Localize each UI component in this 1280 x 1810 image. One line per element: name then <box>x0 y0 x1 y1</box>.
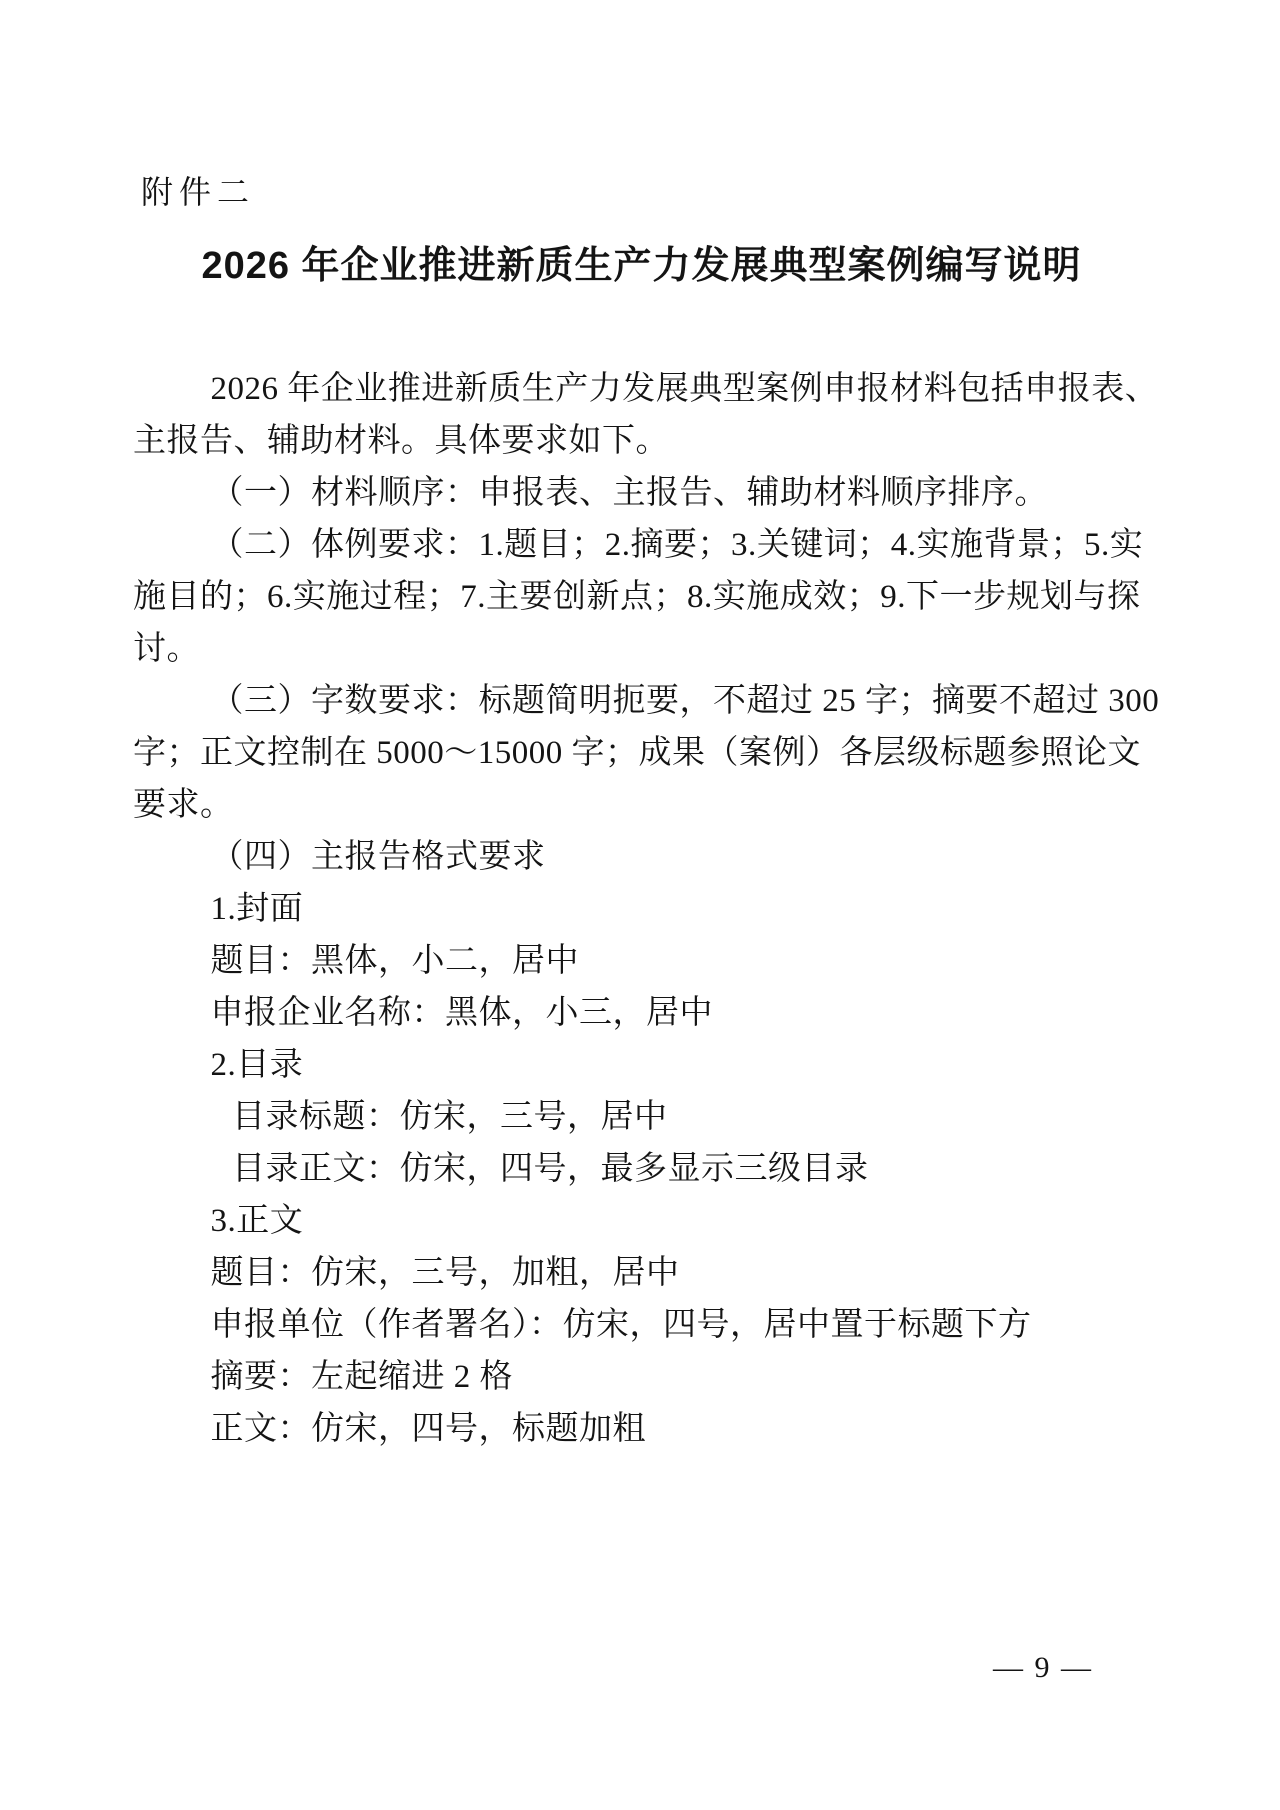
text-line: 题目：黑体，小二，居中 <box>133 935 1150 987</box>
document-body: 2026 年企业推进新质生产力发展典型案例申报材料包括申报表、 主报告、辅助材料… <box>133 363 1150 1455</box>
text-line: （三）字数要求：标题简明扼要，不超过 25 字；摘要不超过 300 <box>133 675 1150 727</box>
text-line: 2026 年企业推进新质生产力发展典型案例申报材料包括申报表、 <box>133 363 1150 415</box>
text-line: 正文：仿宋，四号，标题加粗 <box>133 1403 1150 1455</box>
text-line: 施目的；6.实施过程；7.主要创新点；8.实施成效；9.下一步规划与探 <box>133 571 1150 623</box>
text-line: 目录正文：仿宋，四号，最多显示三级目录 <box>133 1143 1150 1195</box>
document-page: 附件二 2026 年企业推进新质生产力发展典型案例编写说明 2026 年企业推进… <box>0 0 1280 1810</box>
text-line: 3.正文 <box>133 1195 1150 1247</box>
text-line: （四）主报告格式要求 <box>133 831 1150 883</box>
text-line: 讨。 <box>133 623 1150 675</box>
text-line: 申报企业名称：黑体，小三，居中 <box>133 987 1150 1039</box>
text-line: 字；正文控制在 5000～15000 字；成果（案例）各层级标题参照论文 <box>133 727 1150 779</box>
text-line: 要求。 <box>133 779 1150 831</box>
document-content: 附件二 2026 年企业推进新质生产力发展典型案例编写说明 2026 年企业推进… <box>0 0 1280 1455</box>
text-line: 目录标题：仿宋，三号，居中 <box>133 1091 1150 1143</box>
text-line: 1.封面 <box>133 883 1150 935</box>
attachment-label: 附件二 <box>141 170 1150 214</box>
document-title: 2026 年企业推进新质生产力发展典型案例编写说明 <box>133 241 1150 291</box>
text-line: 申报单位（作者署名）：仿宋，四号，居中置于标题下方 <box>133 1299 1150 1351</box>
text-line: 摘要：左起缩进 2 格 <box>133 1351 1150 1403</box>
page-number: — 9 — <box>0 1650 1093 1686</box>
text-line: （一）材料顺序：申报表、主报告、辅助材料顺序排序。 <box>133 467 1150 519</box>
text-line: 主报告、辅助材料。具体要求如下。 <box>133 415 1150 467</box>
text-line: 2.目录 <box>133 1039 1150 1091</box>
text-line: （二）体例要求：1.题目；2.摘要；3.关键词；4.实施背景；5.实 <box>133 519 1150 571</box>
text-line: 题目：仿宋，三号，加粗，居中 <box>133 1247 1150 1299</box>
